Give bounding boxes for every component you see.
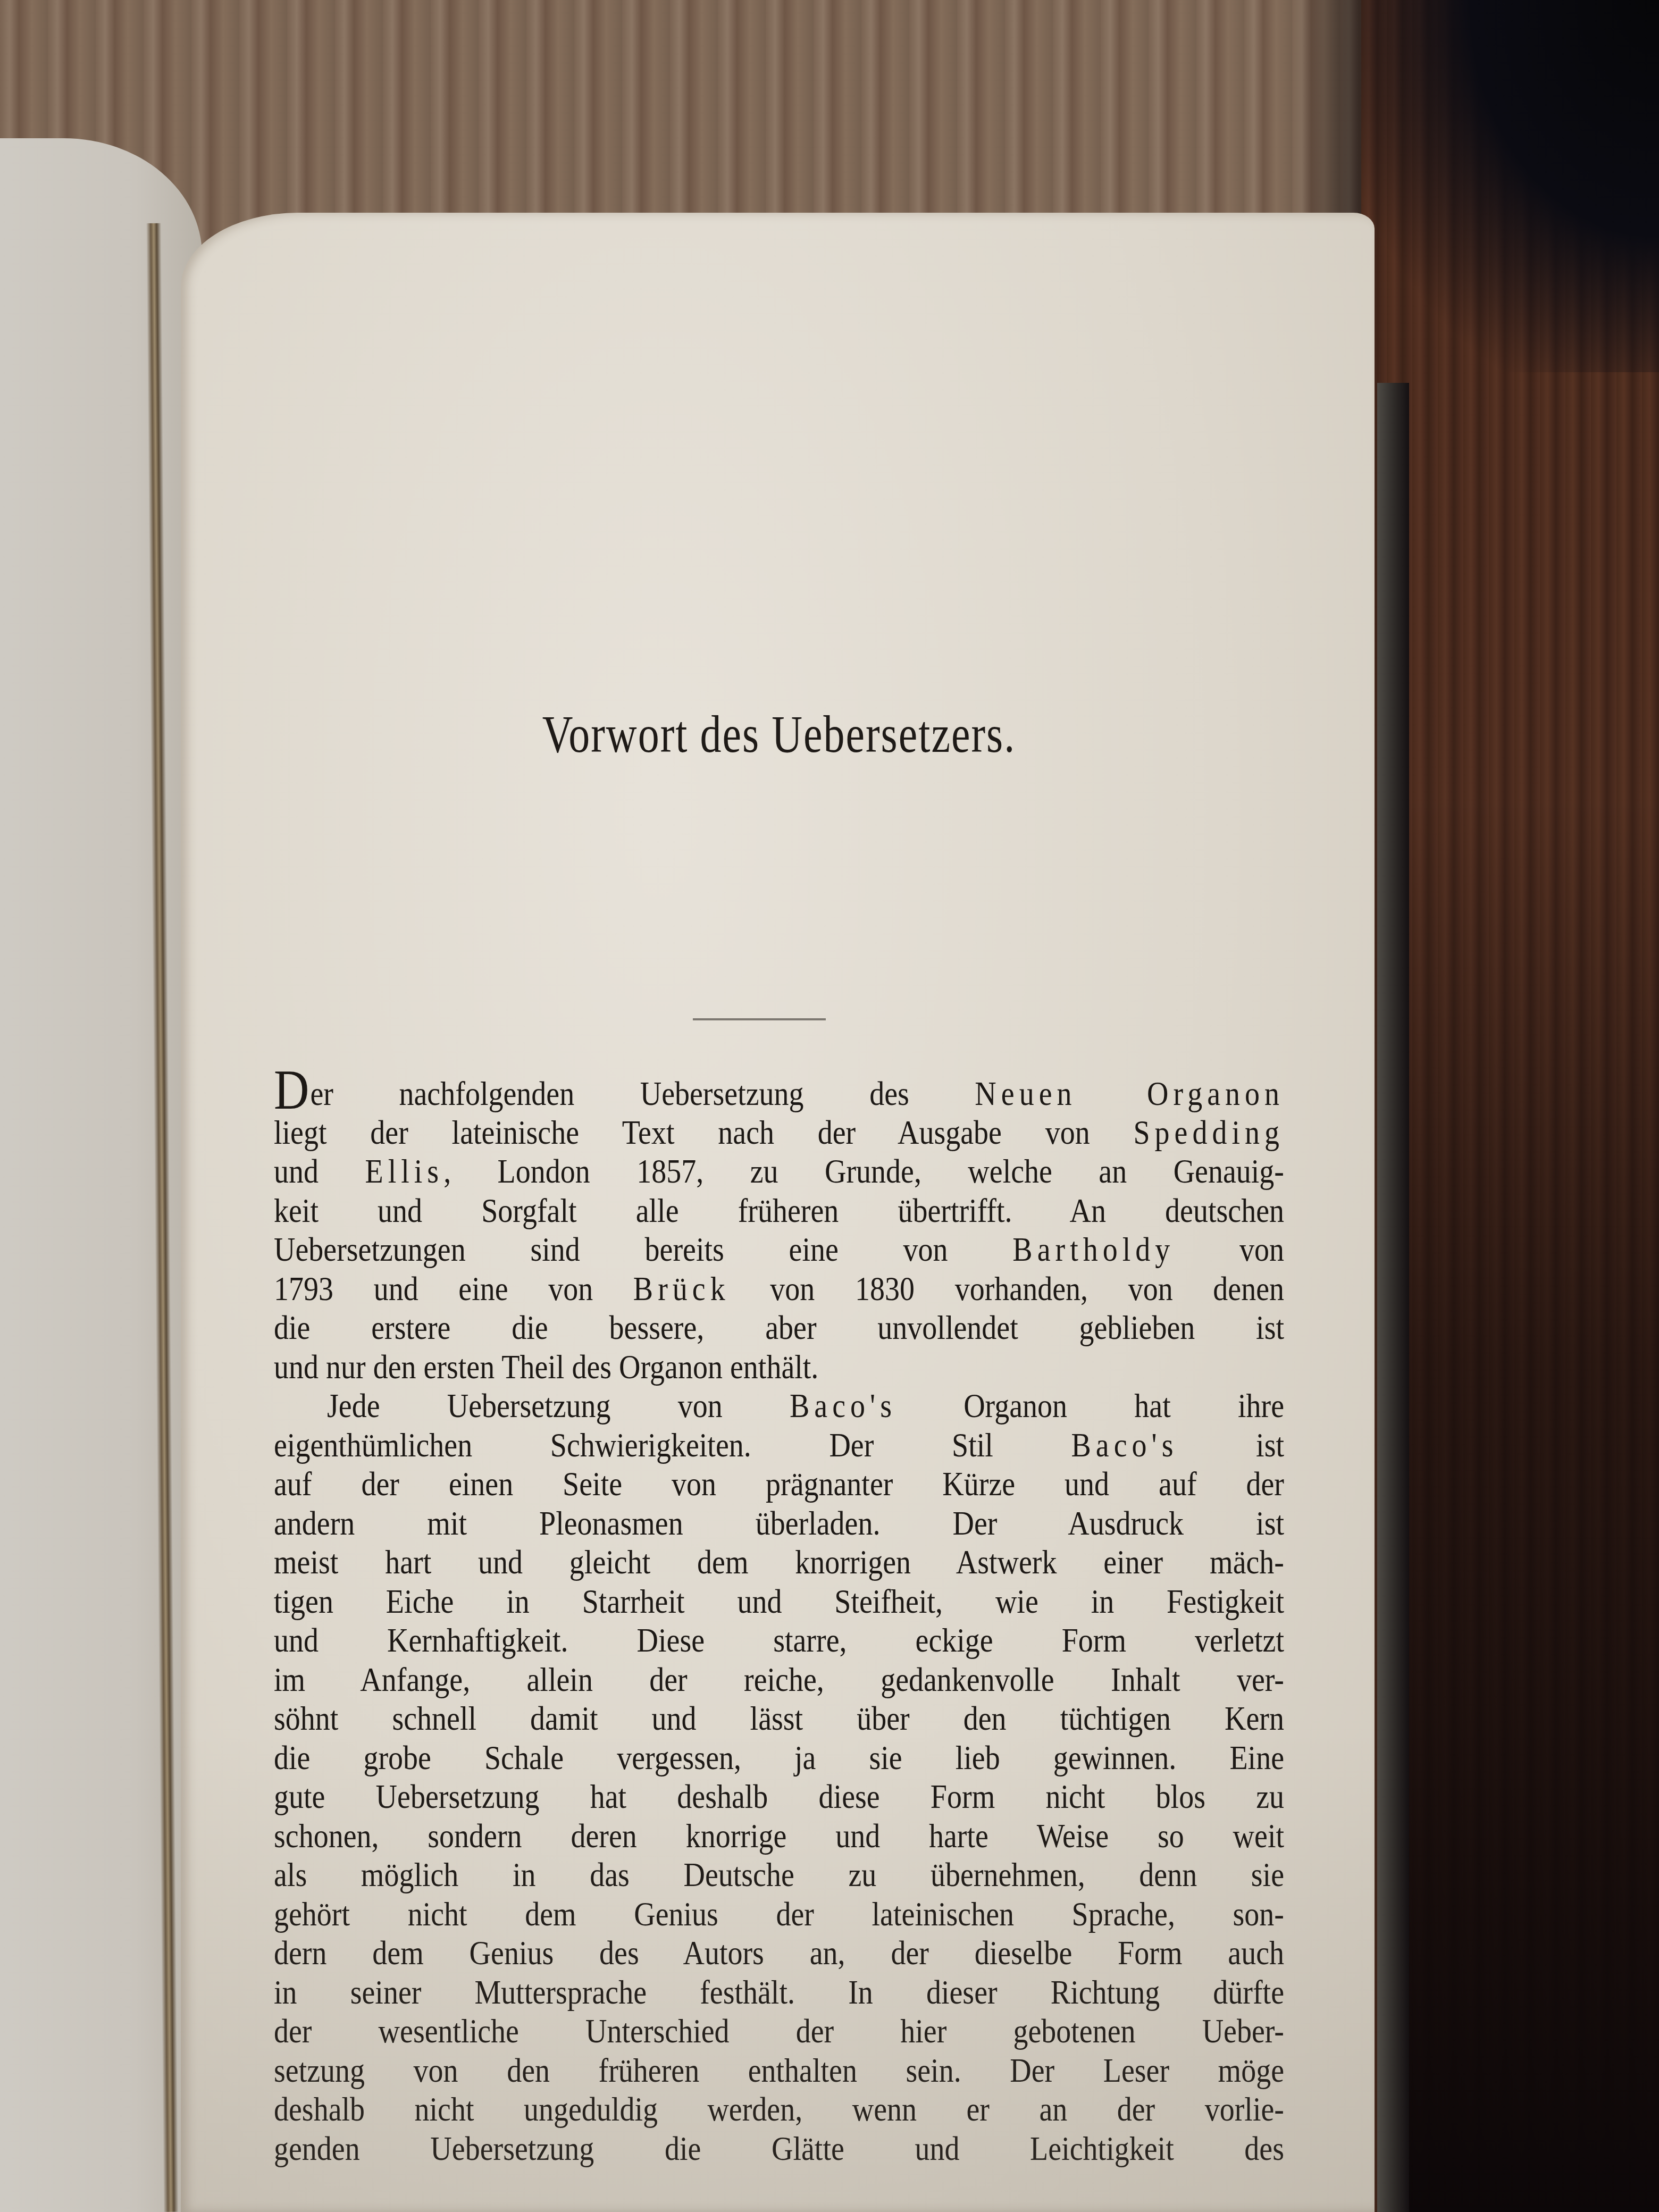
book-page: Vorwort des Uebersetzers. Der nachfolgen… [181, 213, 1375, 2212]
text-line: schonen, sondern deren knorrige und hart… [274, 1814, 1284, 1859]
text-line: in seiner Muttersprache festhält. In die… [274, 1970, 1284, 2015]
text-line: dern dem Genius des Autors an, der diese… [274, 1931, 1284, 1976]
text-line: und Ellis, London 1857, zu Grunde, welch… [274, 1149, 1284, 1194]
text-line: eigenthümlichen Schwierigkeiten. Der Sti… [274, 1423, 1284, 1468]
title-divider [693, 1018, 826, 1020]
text-line: tigen Eiche in Starrheit und Steifheit, … [274, 1579, 1284, 1624]
text-line: und Kernhaftigkeit. Diese starre, eckige… [274, 1618, 1284, 1663]
text-line: meist hart und gleicht dem knorrigen Ast… [274, 1540, 1284, 1585]
page-title: Vorwort des Uebersetzers. [274, 705, 1284, 765]
shadow [1382, 798, 1659, 2212]
text-line: genden Uebersetzung die Glätte und Leich… [274, 2126, 1284, 2172]
book-cover-edge [1377, 383, 1409, 2212]
text-line: die grobe Schale vergessen, ja sie lieb … [274, 1736, 1284, 1781]
text-line: der wesentliche Unterschied der hier geb… [274, 2009, 1284, 2054]
text-line: liegt der lateinische Text nach der Ausg… [274, 1110, 1284, 1155]
text-line: söhnt schnell damit und lässt über den t… [274, 1696, 1284, 1741]
body-text: Der nachfolgenden Uebersetzung des Neuen… [274, 1074, 1284, 2168]
text-line: im Anfange, allein der reiche, gedankenv… [274, 1657, 1284, 1703]
text-line: als möglich in das Deutsche zu übernehme… [274, 1853, 1284, 1898]
text-line: setzung von den früheren enthalten sein.… [274, 2048, 1284, 2093]
text-line: die erstere die bessere, aber unvollende… [274, 1305, 1284, 1351]
text-line: deshalb nicht ungeduldig werden, wenn er… [274, 2087, 1284, 2132]
text-line: Uebersetzungen sind bereits eine von Bar… [274, 1227, 1284, 1272]
text-line: 1793 und eine von Brück von 1830 vorhand… [274, 1267, 1284, 1312]
text-line: und nur den ersten Theil des Organon ent… [274, 1345, 1284, 1390]
text-line: Der nachfolgenden Uebersetzung des Neuen… [274, 1071, 1284, 1116]
text-line: auf der einen Seite von prägnanter Kürze… [274, 1462, 1284, 1507]
text-line: Jede Uebersetzung von Baco's Organon hat… [274, 1384, 1284, 1429]
text-line: gute Uebersetzung hat deshalb diese Form… [274, 1774, 1284, 1820]
text-line: keit und Sorgfalt alle früheren übertrif… [274, 1188, 1284, 1234]
text-line: gehört nicht dem Genius der lateinischen… [274, 1892, 1284, 1937]
text-line: andern mit Pleonasmen überladen. Der Aus… [274, 1501, 1284, 1546]
